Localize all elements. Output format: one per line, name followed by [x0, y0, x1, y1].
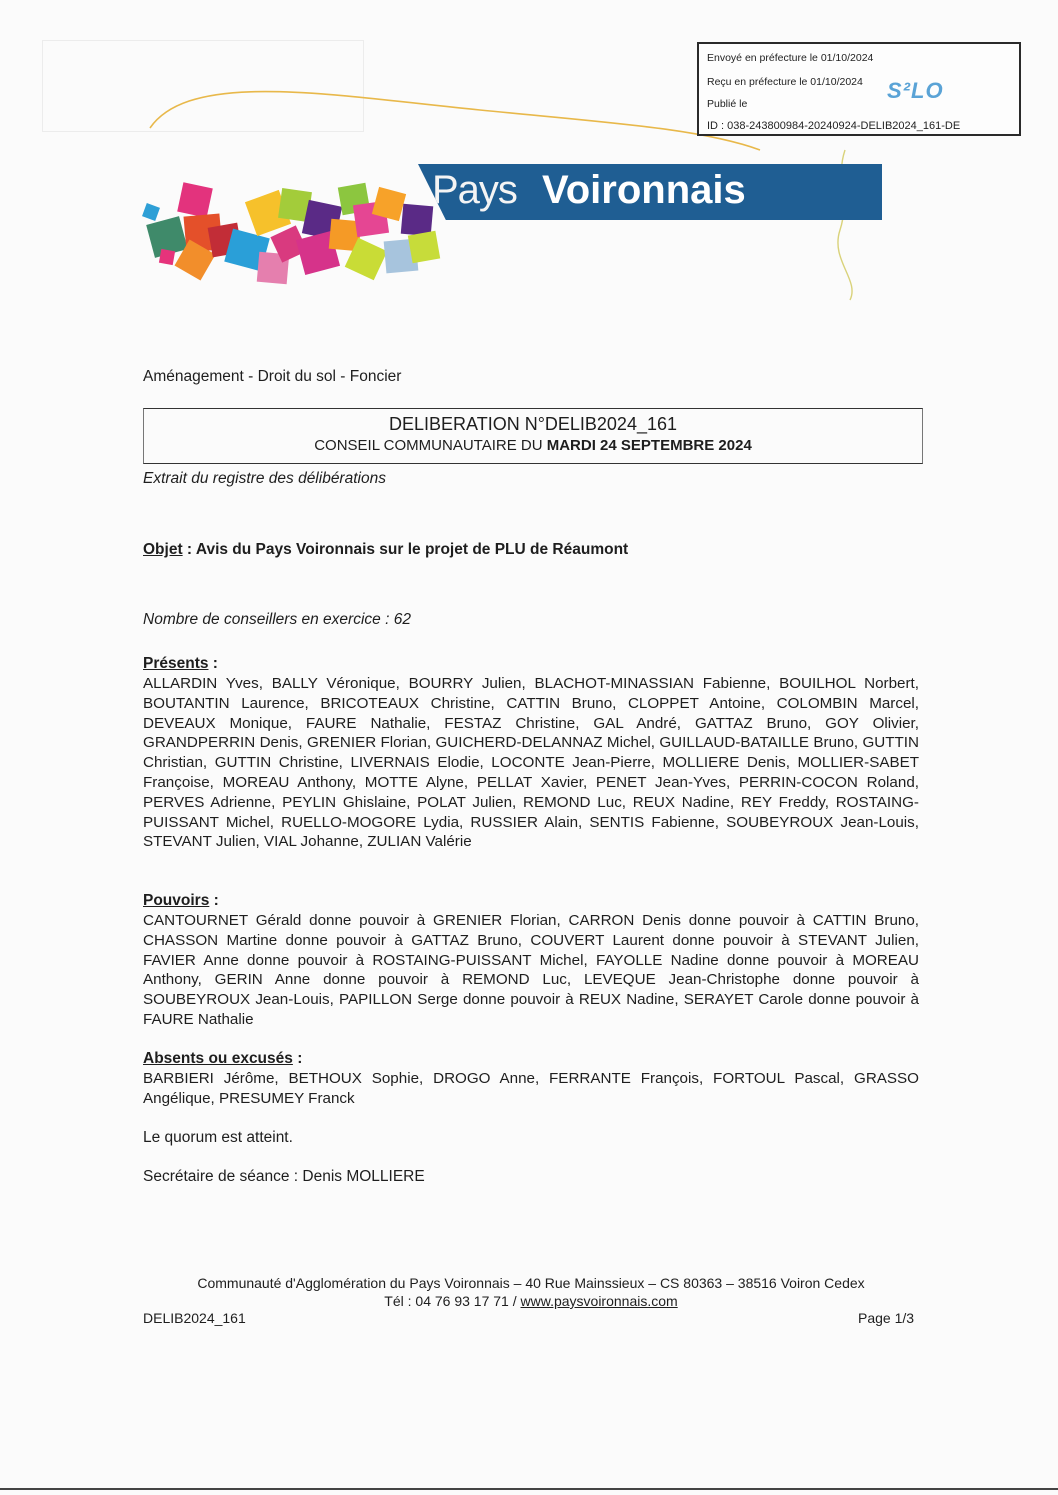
- pouvoirs-list: CANTOURNET Gérald donne pouvoir à GRENIE…: [143, 911, 919, 1030]
- footer-phone: Tél : 04 76 93 17 71 /: [384, 1293, 520, 1309]
- object-text: : Avis du Pays Voironnais sur le projet …: [183, 541, 629, 558]
- stamp-published: Publié le: [707, 98, 747, 110]
- document-category: Aménagement - Droit du sol - Foncier: [143, 368, 401, 386]
- show-through-stamp: [42, 40, 364, 132]
- absents-label: Absents ou excusés: [143, 1050, 293, 1067]
- stamp-id: ID : 038-243800984-20240924-DELIB2024_16…: [707, 120, 960, 132]
- council-session: CONSEIL COMMUNAUTAIRE DU MARDI 24 SEPTEM…: [144, 437, 922, 454]
- object-line: Objet : Avis du Pays Voironnais sur le p…: [143, 541, 628, 559]
- deliberation-number: DELIBERATION N°DELIB2024_161: [144, 414, 922, 435]
- brand-name-light: Pays: [432, 168, 517, 213]
- stamp-sent-date: Envoyé en préfecture le 01/10/2024: [707, 52, 873, 64]
- footer-address: Communauté d'Agglomération du Pays Voiro…: [143, 1274, 919, 1292]
- presents-label: Présents: [143, 655, 208, 672]
- page-number: Page 1/3: [858, 1310, 914, 1326]
- register-extract: Extrait du registre des délibérations: [143, 470, 386, 488]
- logo-confetti-icon: [140, 175, 440, 275]
- quorum-statement: Le quorum est atteint.: [143, 1129, 293, 1147]
- footer-contact: Tél : 04 76 93 17 71 / www.paysvoironnai…: [143, 1292, 919, 1310]
- pouvoirs-label: Pouvoirs: [143, 892, 209, 909]
- presents-list: ALLARDIN Yves, BALLY Véronique, BOURRY J…: [143, 674, 919, 852]
- councillors-count: Nombre de conseillers en exercice : 62: [143, 611, 411, 629]
- slo-logo: S²LO: [887, 78, 944, 104]
- object-label: Objet: [143, 541, 183, 558]
- council-prefix: CONSEIL COMMUNAUTAIRE DU: [314, 437, 547, 454]
- pouvoirs-heading: Pouvoirs :: [143, 892, 219, 910]
- prefecture-stamp: Envoyé en préfecture le 01/10/2024 Reçu …: [697, 42, 1021, 136]
- session-secretary: Secrétaire de séance : Denis MOLLIERE: [143, 1168, 425, 1186]
- brand-banner: Pays Voironnais: [418, 164, 882, 220]
- footer-reference: DELIB2024_161: [143, 1310, 246, 1326]
- presents-heading: Présents :: [143, 655, 218, 673]
- scan-edge-line: [0, 1488, 1058, 1490]
- deliberation-header: DELIBERATION N°DELIB2024_161 CONSEIL COM…: [143, 408, 923, 464]
- footer-website-link[interactable]: www.paysvoironnais.com: [521, 1293, 678, 1309]
- stamp-received-date: Reçu en préfecture le 01/10/2024: [707, 76, 863, 88]
- absents-list: BARBIERI Jérôme, BETHOUX Sophie, DROGO A…: [143, 1069, 919, 1109]
- council-date: MARDI 24 SEPTEMBRE 2024: [547, 437, 752, 454]
- absents-heading: Absents ou excusés :: [143, 1050, 302, 1068]
- brand-name-bold: Voironnais: [542, 168, 746, 213]
